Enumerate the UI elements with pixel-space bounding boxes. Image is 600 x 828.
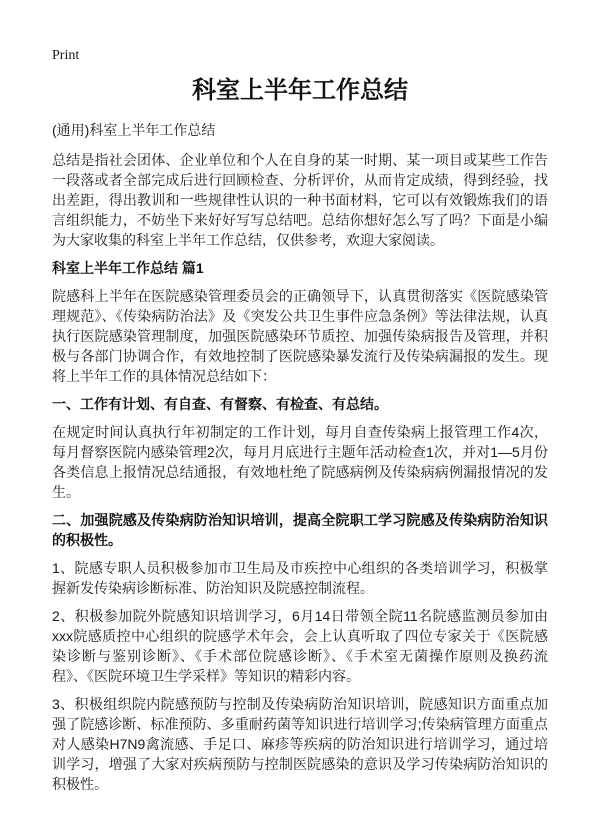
part1-intro-paragraph: 院感科上半年在医院感染管理委员会的正确领导下，认真贯彻落实《医院感染管理规范》、… [52, 286, 548, 386]
document-subtitle: (通用)科室上半年工作总结 [52, 120, 548, 140]
section-2-paragraph-3: 3、积极组织院内院感预防与控制及传染病防治知识培训，院感知识方面重点加强了院感诊… [52, 694, 548, 794]
section-heading-1: 一、工作有计划、有自查、有督察、有检查、有总结。 [52, 394, 548, 414]
intro-paragraph: 总结是指社会团体、企业单位和个人在自身的某一时期、某一项目或某些工作告一段落或者… [52, 150, 548, 250]
print-button[interactable]: Print [52, 48, 79, 64]
part1-section-heading: 科室上半年工作总结 篇1 [52, 258, 548, 278]
page-title: 科室上半年工作总结 [52, 76, 548, 106]
section-2-paragraph-1: 1、院感专职人员积极参加市卫生局及市疾控中心组织的各类培训学习，积极掌握新发传染… [52, 558, 548, 598]
document-page: Print 科室上半年工作总结 (通用)科室上半年工作总结 总结是指社会团体、企… [0, 0, 600, 828]
section-1-paragraph: 在规定时间认真执行年初制定的工作计划，每月自查传染病上报管理工作4次，每月督察医… [52, 422, 548, 502]
section-2-paragraph-2: 2、积极参加院外院感知识培训学习，6月14日带领全院11名院感监测员参加由xxx… [52, 606, 548, 686]
section-heading-2: 二、加强院感及传染病防治知识培训，提高全院职工学习院感及传染病防治知识的积极性。 [52, 510, 548, 550]
